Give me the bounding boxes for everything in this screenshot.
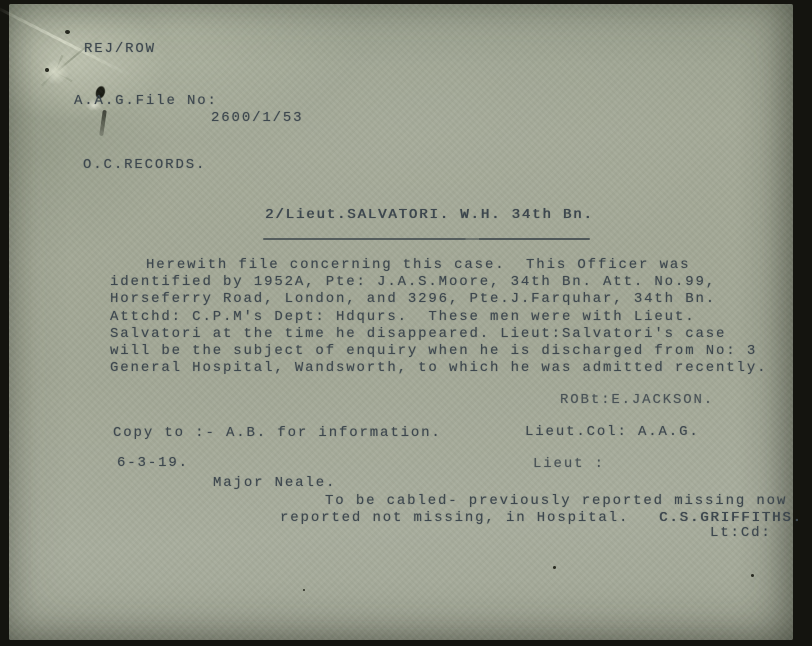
body-line: Herewith file concerning this case. This… <box>110 257 758 274</box>
date: 6-3-19. <box>117 455 189 472</box>
file-number-value: 2600/1/53 <box>211 110 303 127</box>
paper-crack <box>99 110 107 136</box>
subject-line: 2/Lieut.SALVATORI. W.H. 34th Bn. <box>265 207 594 224</box>
ink-speck <box>751 574 754 577</box>
ink-speck <box>65 30 70 34</box>
ink-speck <box>45 68 49 72</box>
reference-code: REJ/ROW <box>84 41 156 58</box>
scanned-document: REJ/ROW A.A.G.File No: 2600/1/53 O.C.REC… <box>0 0 812 646</box>
body-line: Salvatori at the time he disappeared. Li… <box>110 326 758 343</box>
copy-to-line: Copy to :- A.B. for information. <box>113 425 442 442</box>
body-paragraph: Herewith file concerning this case. This… <box>110 257 758 377</box>
ink-speck <box>303 589 305 591</box>
addressee: O.C.RECORDS. <box>83 157 206 174</box>
cable-note-line-1: To be cabled- previously reported missin… <box>325 493 787 510</box>
file-number-label: A.A.G.File No: <box>74 93 218 110</box>
body-line: Horseferry Road, London, and 3296, Pte.J… <box>110 291 758 308</box>
signature-name: ROBt:E.JACKSON. <box>560 392 714 409</box>
rank-annotation: Lieut : <box>533 456 605 473</box>
ink-speck <box>553 566 556 569</box>
crease-pucker <box>35 54 75 90</box>
cable-rank: Lt:Cd: <box>710 525 772 542</box>
officer-note: Major Neale. <box>213 475 336 492</box>
cable-note-line-2: reported not missing, in Hospital. <box>280 510 629 527</box>
signature-rank: Lieut.Col: A.A.G. <box>525 424 700 441</box>
body-line: Attchd: C.P.M's Dept: Hdqurs. These men … <box>110 309 758 326</box>
body-line: General Hospital, Wandsworth, to which h… <box>110 360 758 377</box>
subject-underline <box>263 238 590 240</box>
body-line: will be the subject of enquiry when he i… <box>110 343 758 360</box>
body-line: identified by 1952A, Pte: J.A.S.Moore, 3… <box>110 274 758 291</box>
